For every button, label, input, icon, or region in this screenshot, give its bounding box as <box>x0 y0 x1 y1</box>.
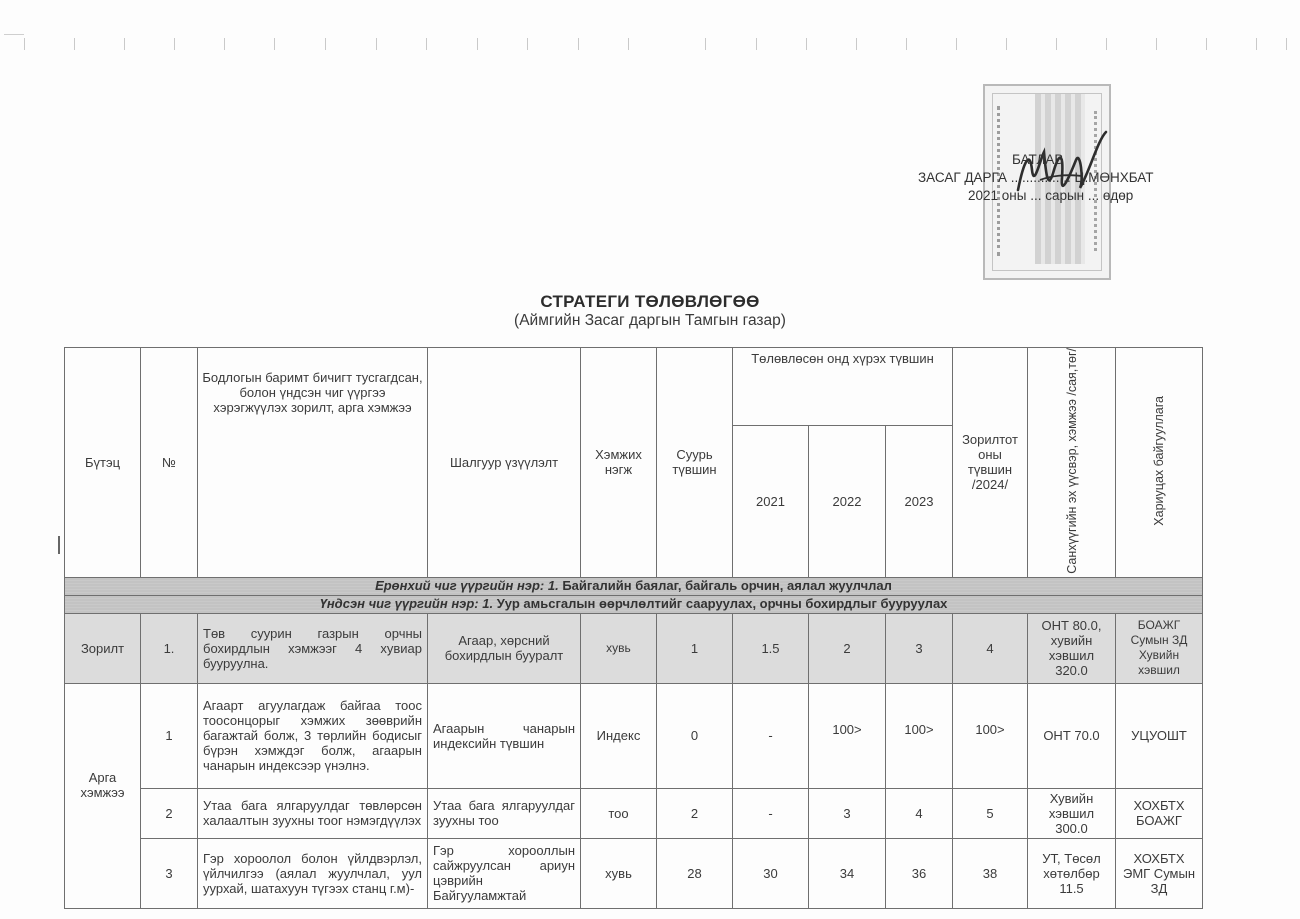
goal-2023: 3 <box>886 613 953 683</box>
action-2022: 3 <box>809 788 886 838</box>
action-2023: 36 <box>886 838 953 908</box>
action-unit: Индекс <box>581 683 657 788</box>
main-function-row: Үндсэн чиг үүргийн нэр: 1. Уур амьсгалын… <box>65 595 1203 613</box>
action-target: 100> <box>953 683 1028 788</box>
goal-finance: ОНТ 80.0, хувийн хэвшил 320.0 <box>1028 613 1116 683</box>
general-function-label: Ерөнхий чиг үүргийн нэр: 1. <box>375 578 559 593</box>
action-row: 2 Утаа бага ялгаруулдаг төвлөрсөн халаал… <box>65 788 1203 838</box>
action-indicator: Гэр хорооллын сайжруулсан ариун цэврийн … <box>428 838 581 908</box>
header-responsible-text: Хариуцах байгууллага <box>1152 396 1166 526</box>
action-policy: Агаарт агуулагдаж байгаа тоос тоосонцоры… <box>198 683 428 788</box>
goal-2022: 2 <box>809 613 886 683</box>
action-unit: хувь <box>581 838 657 908</box>
main-function-label: Үндсэн чиг үүргийн нэр: 1. <box>320 596 494 611</box>
approved-label: БАТЛАВ <box>1012 152 1063 167</box>
general-function-value: Байгалийн баялаг, байгаль орчин, аялал ж… <box>562 578 892 593</box>
header-responsible: Хариуцах байгууллага <box>1116 348 1203 578</box>
action-2023: 4 <box>886 788 953 838</box>
action-2022: 100> <box>809 683 886 788</box>
margin-mark <box>58 536 60 554</box>
action-finance: Хувийн хэвшил 300.0 <box>1028 788 1116 838</box>
action-responsible: УЦУОШТ <box>1116 683 1203 788</box>
action-unit: тоо <box>581 788 657 838</box>
action-finance: ОНТ 70.0 <box>1028 683 1116 788</box>
action-number: 3 <box>141 838 198 908</box>
action-baseline: 28 <box>657 838 733 908</box>
goal-indicator: Агаар, хөрсний бохирдлын бууралт <box>428 613 581 683</box>
actions-label: Арга хэмжээ <box>65 683 141 908</box>
strategy-plan-table: Бүтэц № Бодлогын баримт бичигт тусгагдса… <box>64 347 1203 909</box>
action-responsible: ХОХБТХ БОАЖГ <box>1116 788 1203 838</box>
approval-date-line: 2021 оны ... сарын ... өдөр <box>968 188 1133 203</box>
action-indicator: Агаарын чанарын индексийн түвшин <box>428 683 581 788</box>
header-planned-levels: Төлөвлөсөн онд хүрэх түвшин <box>733 348 953 426</box>
goal-2021: 1.5 <box>733 613 809 683</box>
action-responsible: ХОХБТХ ЭМГ Сумын ЗД <box>1116 838 1203 908</box>
header-target: Зорилтот оны түвшин /2024/ <box>953 348 1028 578</box>
goal-number: 1. <box>141 613 198 683</box>
general-function-row: Ерөнхий чиг үүргийн нэр: 1. Байгалийн ба… <box>65 577 1203 595</box>
goal-unit: хувь <box>581 613 657 683</box>
header-structure: Бүтэц <box>65 348 141 578</box>
header-baseline: Суурь түвшин <box>657 348 733 578</box>
action-finance: УТ, Төсөл хөтөлбөр 11.5 <box>1028 838 1116 908</box>
header-year-2021: 2021 <box>733 425 809 577</box>
action-2022: 34 <box>809 838 886 908</box>
header-number: № <box>141 348 198 578</box>
action-row: 3 Гэр хороолол болон үйлдвэрлэл, үйлчилг… <box>65 838 1203 908</box>
header-year-2023: 2023 <box>886 425 953 577</box>
governor-line: ЗАСАГ ДАРГА ................ Ц.МӨНХБАТ <box>918 170 1153 185</box>
goal-row: Зорилт 1. Төв суурин газрын орчны бохирд… <box>65 613 1203 683</box>
action-target: 38 <box>953 838 1028 908</box>
action-baseline: 0 <box>657 683 733 788</box>
action-policy: Утаа бага ялгаруулдаг төвлөрсөн халаалты… <box>198 788 428 838</box>
action-number: 1 <box>141 683 198 788</box>
main-function-cell: Үндсэн чиг үүргийн нэр: 1. Уур амьсгалын… <box>65 595 1203 613</box>
header-year-2022: 2022 <box>809 425 886 577</box>
general-function-cell: Ерөнхий чиг үүргийн нэр: 1. Байгалийн ба… <box>65 577 1203 595</box>
action-2023: 100> <box>886 683 953 788</box>
goal-baseline: 1 <box>657 613 733 683</box>
scan-ruler-marks <box>0 30 1300 55</box>
goal-responsible: БОАЖГ Сумын ЗД Хувийн хэвшил <box>1116 613 1203 683</box>
action-baseline: 2 <box>657 788 733 838</box>
action-2021: - <box>733 683 809 788</box>
main-function-value: Уур амьсгалын өөрчлөлтийг сааруулах, орч… <box>497 596 948 611</box>
goal-structure: Зорилт <box>65 613 141 683</box>
header-finance-text: Санхүүгийн эх үүсвэр, хэмжээ /сая,төг/ <box>1065 348 1079 574</box>
goal-target: 4 <box>953 613 1028 683</box>
action-indicator: Утаа бага ялгаруулдаг зуухны тоо <box>428 788 581 838</box>
document-subtitle: (Аймгийн Засаг даргын Тамгын газар) <box>0 312 1300 330</box>
action-row: Арга хэмжээ 1 Агаарт агуулагдаж байгаа т… <box>65 683 1203 788</box>
header-policy: Бодлогын баримт бичигт тусгагдсан, болон… <box>198 348 428 578</box>
action-2021: - <box>733 788 809 838</box>
header-unit: Хэмжих нэгж <box>581 348 657 578</box>
header-indicator: Шалгуур үзүүлэлт <box>428 348 581 578</box>
action-number: 2 <box>141 788 198 838</box>
goal-policy: Төв суурин газрын орчны бохирдлын хэмжээ… <box>198 613 428 683</box>
action-2021: 30 <box>733 838 809 908</box>
document-title: СТРАТЕГИ ТӨЛӨВЛӨГӨӨ <box>0 292 1300 312</box>
header-finance: Санхүүгийн эх үүсвэр, хэмжээ /сая,төг/ <box>1028 348 1116 578</box>
action-target: 5 <box>953 788 1028 838</box>
action-policy: Гэр хороолол болон үйлдвэрлэл, үйлчилгээ… <box>198 838 428 908</box>
